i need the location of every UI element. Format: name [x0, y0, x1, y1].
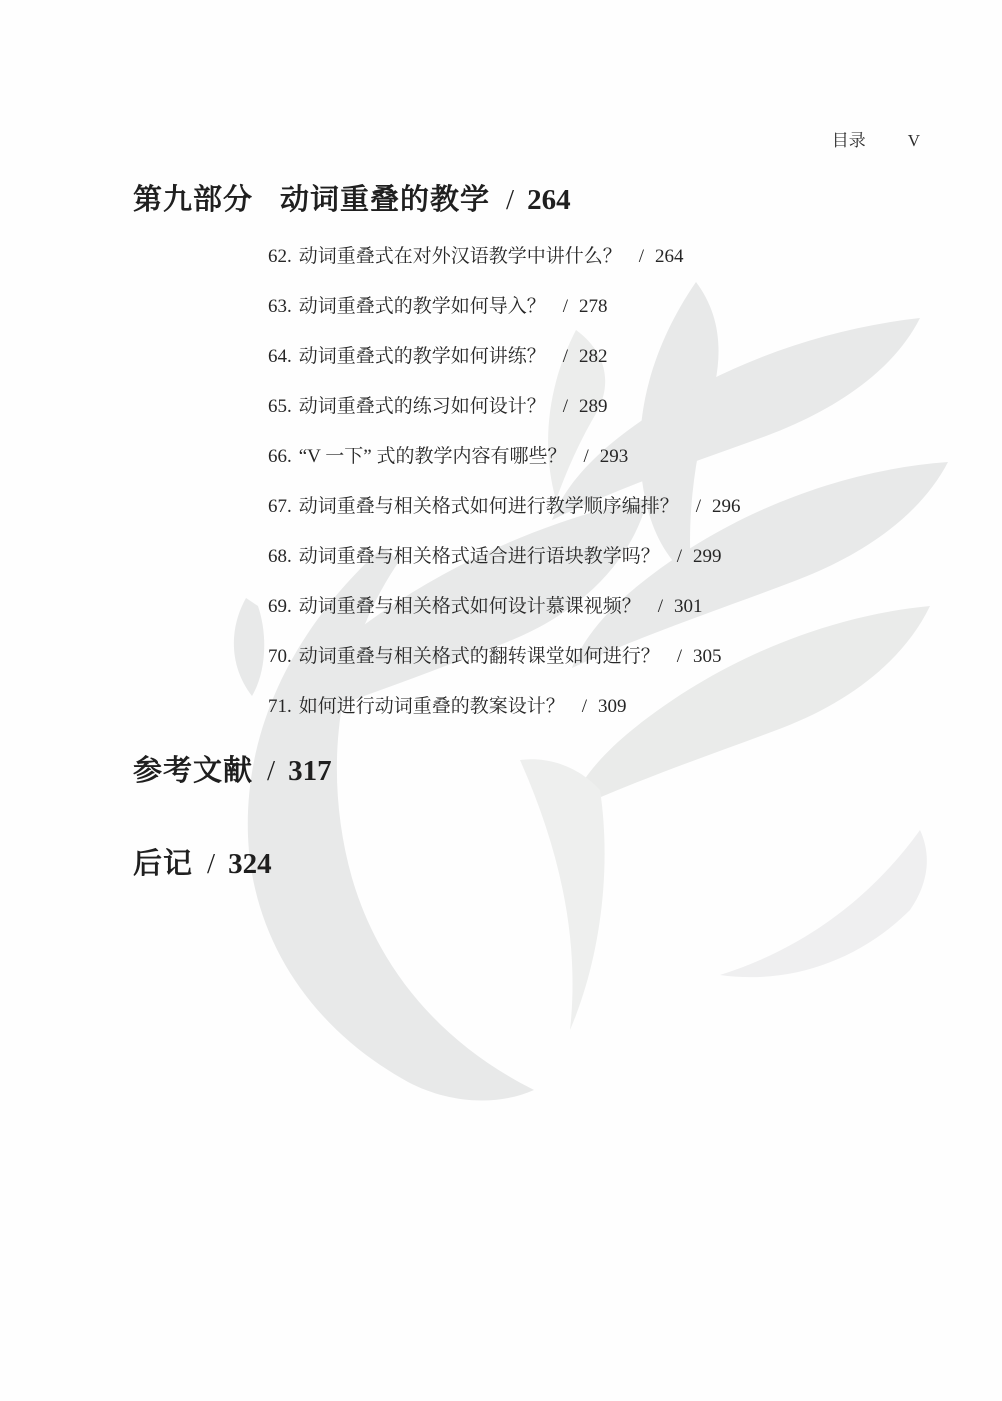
slash-separator: / [563, 395, 568, 419]
toc-entry-page: 289 [579, 395, 608, 419]
slash-separator: / [207, 848, 216, 880]
section-part-label: 第九部分 [133, 184, 253, 216]
backmatter-page: 324 [228, 848, 272, 880]
toc-entry-title: 动词重叠式的教学如何讲练？ [299, 345, 546, 369]
backmatter-title: 参考文献 [133, 755, 253, 787]
backmatter-title: 后记 [133, 848, 193, 880]
slash-separator: / [696, 495, 701, 519]
toc-entry-page: 282 [579, 345, 608, 369]
toc-entry-title: “V 一下” 式的教学内容有哪些？ [299, 445, 567, 469]
toc-entry-number: 70. [268, 645, 292, 669]
toc-entry-page: 305 [693, 645, 722, 669]
toc-entry-title: 动词重叠式的练习如何设计？ [299, 395, 546, 419]
toc-entry-title: 动词重叠式在对外汉语教学中讲什么？ [299, 245, 622, 269]
toc-entry-page: 301 [674, 595, 703, 619]
toc-entry-number: 63. [268, 295, 292, 319]
slash-separator: / [639, 245, 644, 269]
toc-content: 第九部分 动词重叠的教学 / 264 62. 动词重叠式在对外汉语教学中讲什么？… [0, 0, 1002, 1401]
toc-entry-page: 309 [598, 695, 627, 719]
section-title: 动词重叠的教学 [280, 184, 490, 216]
toc-entry-title: 动词重叠式的教学如何导入？ [299, 295, 546, 319]
toc-entry: 70. 动词重叠与相关格式的翻转课堂如何进行？ / 305 [268, 645, 952, 669]
backmatter-references: 参考文献 / 317 [133, 755, 952, 787]
slash-separator: / [563, 345, 568, 369]
toc-entry: 71. 如何进行动词重叠的教案设计？ / 309 [268, 695, 952, 719]
toc-entry-title: 动词重叠与相关格式适合进行语块教学吗？ [299, 545, 660, 569]
slash-separator: / [658, 595, 663, 619]
toc-entry-number: 68. [268, 545, 292, 569]
toc-entry: 64. 动词重叠式的教学如何讲练？ / 282 [268, 345, 952, 369]
toc-page: 目录 V 第九部分 动词重叠的教学 / 264 62. 动词重叠式在对外汉语教学… [0, 0, 1002, 1401]
toc-entry: 69. 动词重叠与相关格式如何设计慕课视频？ / 301 [268, 595, 952, 619]
slash-separator: / [506, 184, 515, 216]
toc-entry-number: 69. [268, 595, 292, 619]
toc-entry-page: 293 [600, 445, 629, 469]
toc-entry-page: 296 [712, 495, 741, 519]
toc-entry-number: 71. [268, 695, 292, 719]
toc-entry-number: 67. [268, 495, 292, 519]
toc-entry-number: 64. [268, 345, 292, 369]
section-page-number: 264 [527, 184, 571, 216]
toc-entry: 65. 动词重叠式的练习如何设计？ / 289 [268, 395, 952, 419]
toc-entry: 67. 动词重叠与相关格式如何进行教学顺序编排？ / 296 [268, 495, 952, 519]
slash-separator: / [267, 755, 276, 787]
slash-separator: / [563, 295, 568, 319]
slash-separator: / [584, 445, 589, 469]
toc-entry-page: 278 [579, 295, 608, 319]
section-heading: 第九部分 动词重叠的教学 / 264 [133, 184, 952, 216]
toc-entry-page: 264 [655, 245, 684, 269]
slash-separator: / [677, 545, 682, 569]
toc-entry-number: 66. [268, 445, 292, 469]
toc-entry: 68. 动词重叠与相关格式适合进行语块教学吗？ / 299 [268, 545, 952, 569]
toc-entry-number: 65. [268, 395, 292, 419]
toc-list: 62. 动词重叠式在对外汉语教学中讲什么？ / 264 63. 动词重叠式的教学… [133, 245, 952, 719]
toc-entry: 63. 动词重叠式的教学如何导入？ / 278 [268, 295, 952, 319]
backmatter-page: 317 [288, 755, 332, 787]
toc-entry: 66. “V 一下” 式的教学内容有哪些？ / 293 [268, 445, 952, 469]
toc-entry-page: 299 [693, 545, 722, 569]
backmatter-postscript: 后记 / 324 [133, 848, 952, 880]
toc-entry: 62. 动词重叠式在对外汉语教学中讲什么？ / 264 [268, 245, 952, 269]
toc-entry-title: 动词重叠与相关格式如何设计慕课视频？ [299, 595, 641, 619]
toc-entry-number: 62. [268, 245, 292, 269]
toc-entry-title: 如何进行动词重叠的教案设计？ [299, 695, 565, 719]
toc-entry-title: 动词重叠与相关格式的翻转课堂如何进行？ [299, 645, 660, 669]
slash-separator: / [582, 695, 587, 719]
slash-separator: / [677, 645, 682, 669]
toc-entry-title: 动词重叠与相关格式如何进行教学顺序编排？ [299, 495, 679, 519]
